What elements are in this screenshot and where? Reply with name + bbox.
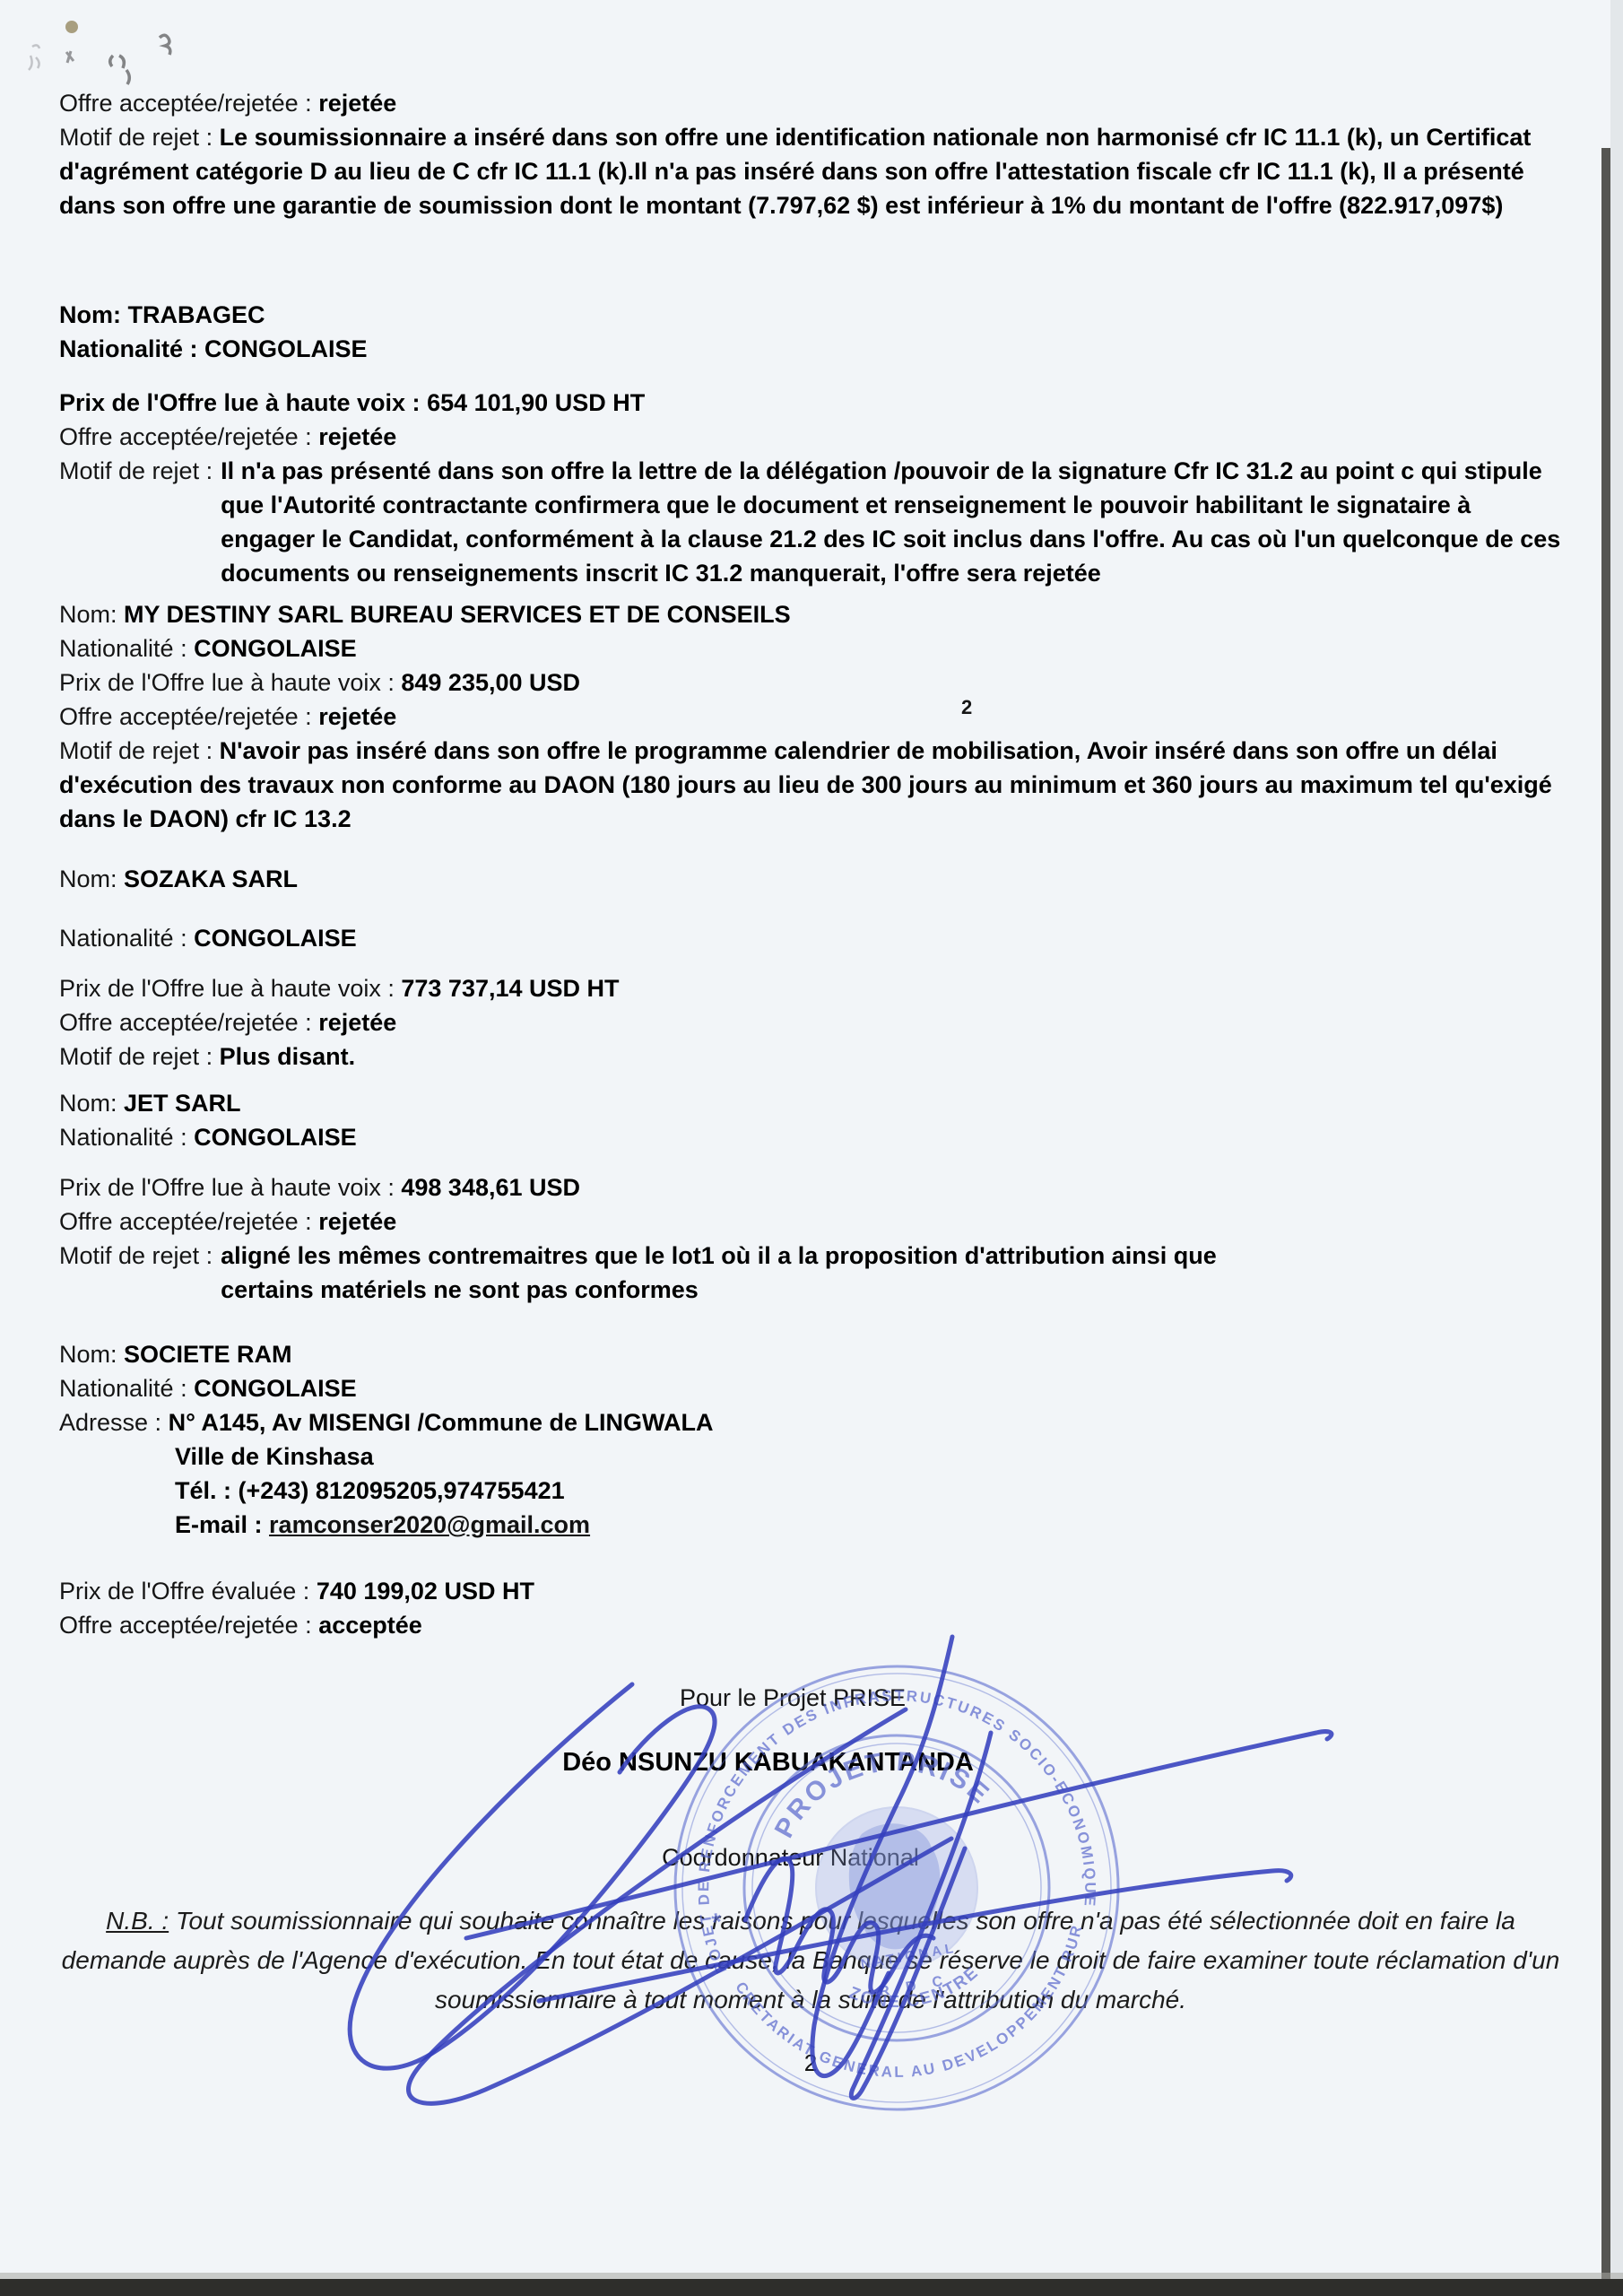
scan-bottom-shadow [0, 2273, 1623, 2279]
motif-label: Motif de rejet : [59, 737, 213, 764]
signatory-name: Déo NSUNZU KABUAKANTANDA [59, 1745, 1562, 1779]
price-value: 849 235,00 USD [401, 669, 580, 696]
decision-label: Offre acceptée/rejetée : [59, 1612, 312, 1639]
bidder-nationality-line: Nationalité : CONGOLAISE [59, 921, 1562, 955]
corner-stains [0, 0, 269, 99]
nationality-value: CONGOLAISE [194, 1375, 357, 1402]
bidder-name: SOCIETE RAM [124, 1341, 292, 1368]
motif-label: Motif de rejet : [59, 1239, 213, 1273]
motif-line-1: aligné les mêmes contremaitres que le lo… [221, 1242, 1217, 1269]
motif-text: aligné les mêmes contremaitres que le lo… [221, 1239, 1217, 1307]
motif-text: N'avoir pas inséré dans son offre le pro… [59, 737, 1552, 832]
nationality-label: Nationalité : [59, 335, 198, 362]
price-value: 773 737,14 USD HT [401, 975, 619, 1002]
nationality-value: CONGOLAISE [194, 635, 357, 662]
bidder-ram: Nom: SOCIETE RAM Nationalité : CONGOLAIS… [59, 1337, 1562, 1642]
bidder-decision-line: Offre acceptée/rejetée : acceptée [59, 1608, 1562, 1642]
bidder-decision-line: Offre acceptée/rejetée : rejetée [59, 1205, 1562, 1239]
price-label: Prix de l'Offre lue à haute voix : [59, 389, 421, 416]
bidder-price-line: Prix de l'Offre lue à haute voix : 773 7… [59, 971, 1562, 1005]
intro-decision-line: Offre acceptée/rejetée : rejetée [59, 86, 1562, 120]
price-value: 654 101,90 USD HT [427, 389, 645, 416]
motif-label: Motif de rejet : [59, 124, 213, 151]
bidder-motif-line: Motif de rejet : N'avoir pas inséré dans… [59, 734, 1562, 836]
decision-value: rejetée [318, 1208, 396, 1235]
document-body: Offre acceptée/rejetée : rejetée Motif d… [59, 86, 1562, 2080]
bidder-decision-line: Offre acceptée/rejetée : rejetée [59, 1005, 1562, 1039]
bidder-nationality-line: Nationalité : CONGOLAISE [59, 332, 1562, 366]
decision-label: Offre acceptée/rejetée : [59, 1208, 312, 1235]
signatory-title: Coordonnateur National [59, 1840, 1562, 1874]
scan-right-edge [1601, 148, 1610, 2279]
scan-bottom-edge [0, 2279, 1623, 2296]
nom-label: Nom: [59, 1341, 117, 1368]
bidder-name-line: Nom: SOCIETE RAM [59, 1337, 1562, 1371]
motif-line-2: certains matériels ne sont pas conformes [221, 1276, 699, 1303]
bidder-trabagec: Nom: TRABAGEC Nationalité : CONGOLAISE P… [59, 298, 1562, 590]
signatory-name-text: Déo NSUNZU KABUAKANTANDA [562, 1748, 974, 1777]
tel-label: Tél. : [175, 1477, 231, 1504]
bidder-jet: Nom: JET SARL Nationalité : CONGOLAISE P… [59, 1086, 1562, 1307]
bidder-name-line: Nom: JET SARL [59, 1086, 1562, 1120]
margin-note-2: 2 [961, 696, 972, 719]
bidder-address-line: Adresse : N° A145, Av MISENGI /Commune d… [59, 1405, 1562, 1439]
motif-label: Motif de rejet : [59, 454, 213, 488]
price-label: Prix de l'Offre lue à haute voix : [59, 1174, 395, 1201]
nb-text: Tout soumissionnaire qui souhaite connaî… [62, 1907, 1560, 2013]
bidder-email-line: E-mail : ramconser2020@gmail.com [59, 1508, 1562, 1542]
nom-label: Nom: [59, 865, 117, 892]
signature-for-line: Pour le Projet PRISE [59, 1681, 1562, 1715]
price-eval-label: Prix de l'Offre évaluée : [59, 1578, 309, 1605]
bidder-price-line: Prix de l'Offre lue à haute voix : 654 1… [59, 386, 1562, 420]
nom-label: Nom: [59, 601, 117, 628]
bidder-price-line: Prix de l'Offre lue à haute voix : 498 3… [59, 1170, 1562, 1205]
bidder-sozaka: Nom: SOZAKA SARL Nationalité : CONGOLAIS… [59, 862, 1562, 1074]
motif-text: Plus disant. [220, 1043, 356, 1070]
decision-label: Offre acceptée/rejetée : [59, 1009, 312, 1036]
bidder-name: MY DESTINY SARL BUREAU SERVICES ET DE CO… [124, 601, 791, 628]
tel-value: (+243) 812095205,974755421 [239, 1477, 565, 1504]
bidder-tel-line: Tél. : (+243) 812095205,974755421 [59, 1474, 1562, 1508]
bidder-motif-line: Motif de rejet : Plus disant. [59, 1039, 1562, 1074]
motif-text: Le soumissionnaire a inséré dans son off… [59, 124, 1531, 219]
nationality-value: CONGOLAISE [194, 925, 357, 952]
motif-label: Motif de rejet : [59, 1043, 213, 1070]
signature-block: Pour le Projet PRISE Déo NSUNZU KABUAKAN… [59, 1681, 1562, 1874]
email-link: ramconser2020@gmail.com [269, 1511, 590, 1538]
price-eval-value: 740 199,02 USD HT [317, 1578, 534, 1605]
price-label: Prix de l'Offre lue à haute voix : [59, 669, 395, 696]
nb-note: N.B. : Tout soumissionnaire qui souhaite… [59, 1901, 1562, 2020]
decision-value: rejetée [318, 423, 396, 450]
decision-label: Offre acceptée/rejetée : [59, 423, 312, 450]
price-label: Prix de l'Offre lue à haute voix : [59, 975, 395, 1002]
nationality-label: Nationalité : [59, 925, 187, 952]
bidder-name-line: Nom: TRABAGEC [59, 298, 1562, 332]
decision-value: acceptée [318, 1612, 422, 1639]
intro-motif: Motif de rejet : Le soumissionnaire a in… [59, 120, 1562, 222]
price-value: 498 348,61 USD [401, 1174, 580, 1201]
bidder-nationality-line: Nationalité : CONGOLAISE [59, 1371, 1562, 1405]
bidder-price-eval-line: Prix de l'Offre évaluée : 740 199,02 USD… [59, 1574, 1562, 1608]
decision-label: Offre acceptée/rejetée : [59, 703, 312, 730]
bidder-motif-line: Motif de rejet : Il n'a pas présenté dan… [59, 454, 1562, 590]
nationality-label: Nationalité : [59, 635, 187, 662]
bidder-nationality-line: Nationalité : CONGOLAISE [59, 1120, 1562, 1154]
decision-value: rejetée [318, 90, 396, 117]
nationality-value: CONGOLAISE [194, 1124, 357, 1151]
address-value: N° A145, Av MISENGI /Commune de LINGWALA [169, 1409, 714, 1436]
decision-label: Offre acceptée/rejetée : [59, 90, 312, 117]
address-label: Adresse : [59, 1409, 161, 1436]
nb-label: N.B. : [106, 1907, 169, 1935]
bidder-motif-line: Motif de rejet : aligné les mêmes contre… [59, 1239, 1562, 1307]
scan-right-margin [1610, 0, 1623, 2296]
bidder-name: JET SARL [124, 1090, 241, 1117]
bidder-my-destiny: Nom: MY DESTINY SARL BUREAU SERVICES ET … [59, 597, 1562, 836]
bidder-city-line: Ville de Kinshasa [59, 1439, 1562, 1474]
bidder-nationality-line: Nationalité : CONGOLAISE [59, 631, 1562, 665]
page-number: 2 [59, 2046, 1562, 2080]
nationality-label: Nationalité : [59, 1124, 187, 1151]
nom-label: Nom: [59, 301, 121, 328]
scanned-document-page: Offre acceptée/rejetée : rejetée Motif d… [0, 0, 1623, 2296]
bidder-name-line: Nom: MY DESTINY SARL BUREAU SERVICES ET … [59, 597, 1562, 631]
bidder-price-line: Prix de l'Offre lue à haute voix : 849 2… [59, 665, 1562, 700]
nom-label: Nom: [59, 1090, 117, 1117]
email-label: E-mail : [175, 1511, 263, 1538]
decision-value: rejetée [318, 703, 396, 730]
bidder-name-line: Nom: SOZAKA SARL [59, 862, 1562, 896]
city-value: Ville de Kinshasa [175, 1443, 374, 1470]
bidder-name: SOZAKA SARL [124, 865, 298, 892]
bidder-decision-line: Offre acceptée/rejetée : rejetée [59, 700, 1562, 734]
nationality-value: CONGOLAISE [204, 335, 368, 362]
motif-text: Il n'a pas présenté dans son offre la le… [221, 454, 1562, 590]
decision-value: rejetée [318, 1009, 396, 1036]
bidder-name: TRABAGEC [128, 301, 265, 328]
nationality-label: Nationalité : [59, 1375, 187, 1402]
bidder-decision-line: Offre acceptée/rejetée : rejetée [59, 420, 1562, 454]
